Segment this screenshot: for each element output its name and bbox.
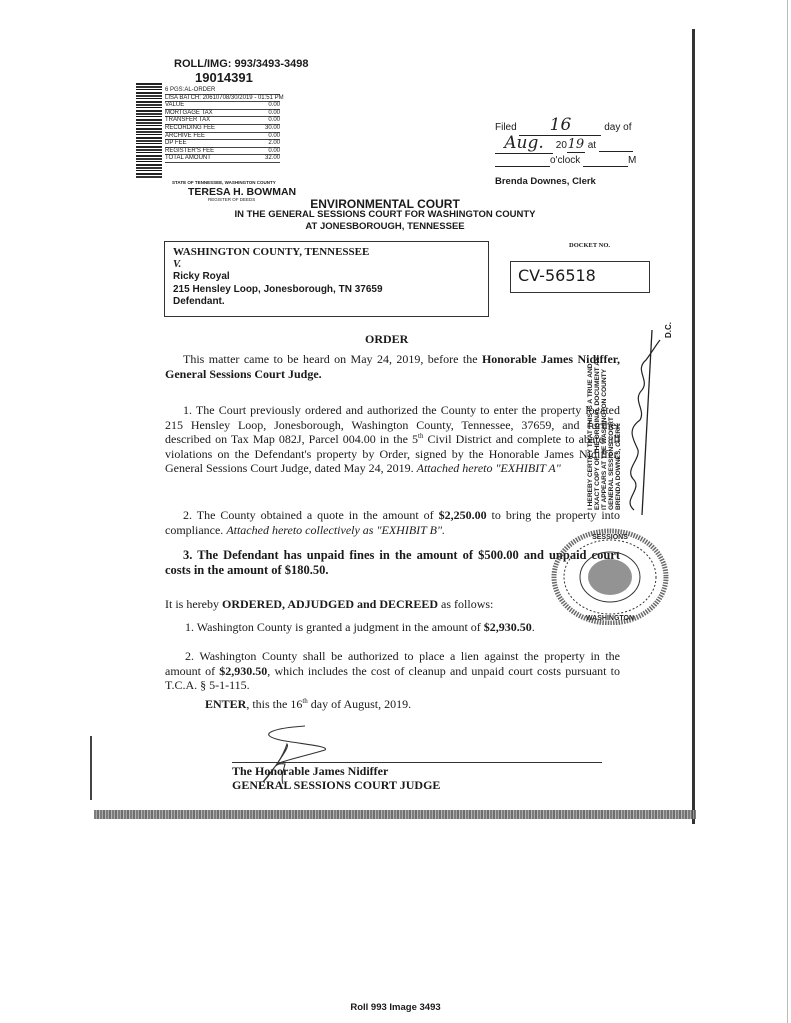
fee-row: TRANSFER TAX0.00	[165, 117, 280, 125]
court-location: AT JONESBOROUGH, TENNESSEE	[165, 221, 605, 232]
fee-row: VALUE0.00	[165, 102, 280, 110]
clerk-name: Brenda Downes, Clerk	[495, 176, 596, 187]
recording-fee-table: 6 PGS:AL-ORDER LISA BATCH: 20610708/30/2…	[165, 87, 280, 163]
roll-img-label: ROLL/IMG: 993/3493-3498	[174, 58, 309, 70]
court-subtitle: IN THE GENERAL SESSIONS COURT FOR WASHIN…	[165, 209, 605, 220]
judge-title: GENERAL SESSIONS COURT JUDGE	[232, 778, 440, 793]
fee-row: LISA BATCH: 20610708/30/2019 - 01:51 PM	[165, 95, 280, 103]
docket-label: DOCKET NO.	[569, 242, 610, 249]
fee-row: TOTAL AMOUNT32.00	[165, 155, 280, 163]
versus: V.	[173, 259, 480, 272]
defendant-label: Defendant.	[173, 296, 480, 309]
court-seal-icon: SESSIONS WASHINGTON	[545, 525, 675, 625]
fee-row: RECORDING FEE30.00	[165, 125, 280, 133]
svg-text:SESSIONS: SESSIONS	[592, 534, 628, 541]
filed-year-handwritten: 19	[568, 137, 585, 152]
fee-row: REGISTER'S FEE0.00	[165, 148, 280, 156]
svg-text:WASHINGTON: WASHINGTON	[586, 615, 634, 622]
instrument-number: 19014391	[195, 70, 253, 85]
case-caption-box: WASHINGTON COUNTY, TENNESSEE V. Ricky Ro…	[164, 241, 489, 317]
defendant-address: 215 Hensley Loop, Jonesborough, TN 37659	[173, 284, 480, 297]
finding-paragraph-1: 1. The Court previously ordered and auth…	[165, 403, 620, 476]
footer-roll-image: Roll 993 Image 3493	[0, 1002, 791, 1013]
page-left-edge	[90, 736, 92, 800]
fee-row: DP FEE2.00	[165, 140, 280, 148]
filed-day-handwritten: 16	[550, 115, 572, 135]
signature-line	[232, 762, 602, 763]
fee-row: MORTGAGE TAX0.00	[165, 110, 280, 118]
state-county-line: STATE OF TENNESSEE, WASHINGTON COUNTY	[172, 180, 276, 185]
scan-border-line	[787, 0, 788, 1023]
page-bottom-edge	[94, 810, 696, 819]
barcode-icon	[136, 83, 162, 179]
fee-row: ARCHIVE FEE0.00	[165, 133, 280, 141]
plaintiff: WASHINGTON COUNTY, TENNESSEE	[173, 246, 480, 259]
fee-row: 6 PGS:AL-ORDER	[165, 87, 280, 95]
decree-item-2: 2. Washington County shall be authorized…	[165, 649, 620, 693]
judge-name: The Honorable James Nidiffer	[232, 764, 388, 779]
intro-paragraph: This matter came to be heard on May 24, …	[165, 352, 620, 381]
deputy-clerk-label: D.C.	[664, 322, 673, 338]
filed-month-handwritten: Aug.	[504, 133, 544, 153]
page-right-edge	[692, 29, 695, 824]
day-of-label: day of	[604, 122, 631, 133]
filed-label: Filed	[495, 122, 517, 133]
deputy-clerk-signature-icon	[612, 320, 667, 520]
defendant-name: Ricky Royal	[173, 271, 480, 284]
entry-date: ENTER, this the 16th day of August, 2019…	[205, 697, 411, 712]
docket-number: CV-56518	[510, 261, 650, 293]
order-title: ORDER	[365, 332, 408, 347]
